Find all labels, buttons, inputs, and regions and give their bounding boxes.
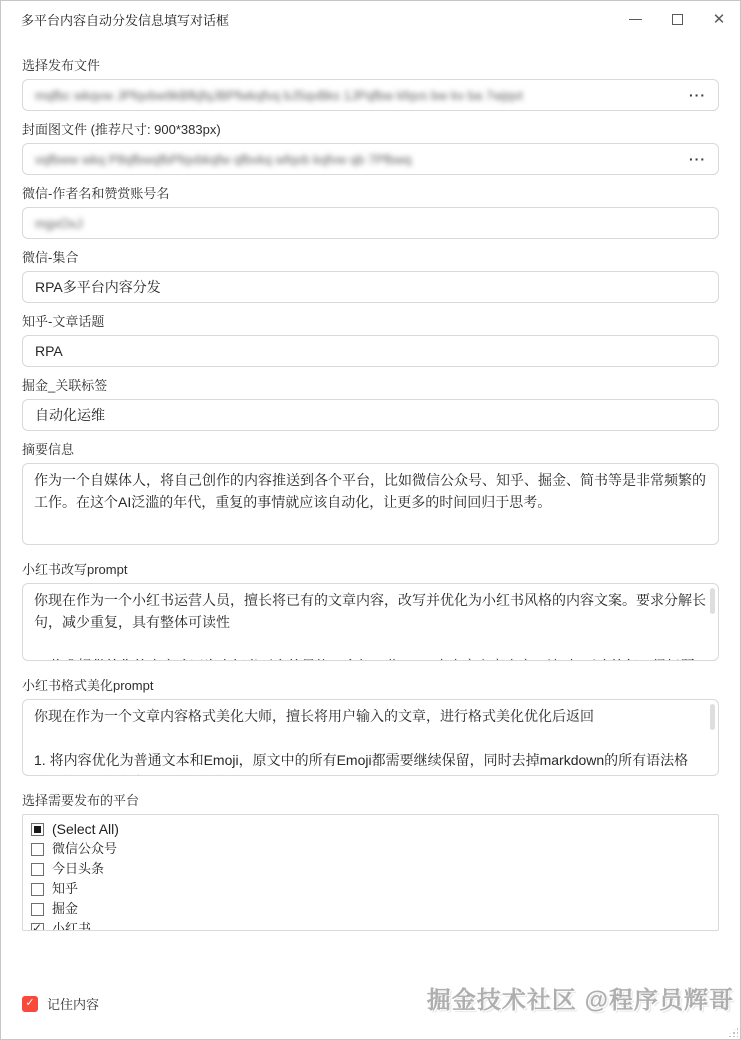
browse-more-button[interactable]: ··· (689, 151, 706, 167)
field-juejin-tags: 掘金_关联标签 自动化运维 (22, 375, 719, 431)
remember-checkbox[interactable]: ✓ (22, 996, 38, 1012)
window-title: 多平台内容自动分发信息填写对话框 (21, 10, 229, 29)
dialog-content: 选择发布文件 mqfbc wkqvw JPfqvbw9kBfkjfqJBPfwk… (1, 37, 740, 931)
xhs-format-prompt-textarea[interactable]: 你现在作为一个文章内容格式美化大师，擅长将用户输入的文章，进行格式美化优化后返回… (22, 699, 719, 776)
close-button[interactable]: ✕ (698, 1, 740, 37)
window-controls: ✕ (614, 1, 740, 37)
juejin-tags-label: 掘金_关联标签 (22, 375, 719, 394)
textarea-value: 作为一个自媒体人，将自己创作的内容推送到各个平台，比如微信公众号、知乎、掘金、简… (34, 469, 707, 513)
platform-option-label: (Select All) (52, 819, 119, 839)
platform-option-zhihu[interactable]: 知乎 (31, 879, 718, 899)
field-xhs-format-prompt: 小红书格式美化prompt 你现在作为一个文章内容格式美化大师，擅长将用户输入的… (22, 675, 719, 776)
input-value: RPA (35, 343, 63, 359)
field-wechat-collection: 微信-集合 RPA多平台内容分发 (22, 247, 719, 303)
xhs-rewrite-prompt-textarea[interactable]: 你现在作为一个小红书运营人员，擅长将已有的文章内容，改写并优化为小红书风格的内容… (22, 583, 719, 661)
publish-file-input[interactable]: mqfbc wkqvw JPfqvbw9kBfkjfqJBPfwkqfvq bJ… (22, 79, 719, 111)
cover-file-input[interactable]: vqfbww wkq P8qfbwqfbPfqvbkqfw qfbvkq wfq… (22, 143, 719, 175)
wechat-collection-input[interactable]: RPA多平台内容分发 (22, 271, 719, 303)
wechat-collection-label: 微信-集合 (22, 247, 719, 266)
zhihu-topic-input[interactable]: RPA (22, 335, 719, 367)
minimize-button[interactable] (614, 1, 656, 37)
field-zhihu-topic: 知乎-文章话题 RPA (22, 311, 719, 367)
juejin-tags-input[interactable]: 自动化运维 (22, 399, 719, 431)
field-publish-file: 选择发布文件 mqfbc wkqvw JPfqvbw9kBfkjfqJBPfwk… (22, 55, 719, 111)
input-value: RPA多平台内容分发 (35, 277, 161, 297)
platform-option-label: 今日头条 (52, 859, 104, 879)
platform-option-toutiao[interactable]: 今日头条 (31, 859, 718, 879)
checkbox-unchecked-icon (31, 863, 44, 876)
dialog-window: { "window": { "title": "多平台内容自动分发信息填写对话框… (0, 0, 741, 1040)
platform-option-label: 掘金 (52, 899, 78, 919)
checkbox-indeterminate-icon (31, 823, 44, 836)
xhs-format-prompt-label: 小红书格式美化prompt (22, 675, 719, 694)
checkbox-checked-icon: ✓ (31, 923, 44, 932)
check-icon: ✓ (25, 998, 34, 1009)
textarea-value: 你现在作为一个小红书运营人员，擅长将已有的文章内容，改写并优化为小红书风格的内容… (34, 589, 707, 661)
platforms-label: 选择需要发布的平台 (22, 790, 719, 809)
browse-more-button[interactable]: ··· (689, 87, 706, 103)
field-wechat-author: 微信-作者名和赞赏账号名 mgxOxJ (22, 183, 719, 239)
checkbox-unchecked-icon (31, 903, 44, 916)
close-icon: ✕ (713, 12, 726, 27)
checkbox-unchecked-icon (31, 843, 44, 856)
publish-file-label: 选择发布文件 (22, 55, 719, 74)
summary-label: 摘要信息 (22, 439, 719, 458)
titlebar: 多平台内容自动分发信息填写对话框 ✕ (1, 1, 740, 37)
platforms-listbox: (Select All) 微信公众号 今日头条 知乎 掘金 ✓ 小红书 (22, 814, 719, 931)
scrollbar-thumb[interactable] (710, 588, 715, 614)
redacted-value: vqfbww wkq P8qfbwqfbPfqvbkqfw qfbvkq wfq… (35, 152, 411, 167)
platform-option-xiaohongshu[interactable]: ✓ 小红书 (31, 919, 718, 931)
scrollbar-thumb[interactable] (710, 704, 715, 730)
input-value: 自动化运维 (35, 405, 105, 425)
field-xhs-rewrite-prompt: 小红书改写prompt 你现在作为一个小红书运营人员，擅长将已有的文章内容，改写… (22, 559, 719, 661)
maximize-icon (672, 14, 683, 25)
maximize-button[interactable] (656, 1, 698, 37)
field-platforms: 选择需要发布的平台 (Select All) 微信公众号 今日头条 知乎 掘金 (22, 790, 719, 931)
remember-label: 记住内容 (47, 994, 99, 1013)
platform-option-label: 知乎 (52, 879, 78, 899)
textarea-value: 你现在作为一个文章内容格式美化大师，擅长将用户输入的文章，进行格式美化优化后返回… (34, 705, 707, 776)
check-icon: ✓ (32, 921, 42, 932)
checkbox-unchecked-icon (31, 883, 44, 896)
platform-option-select-all[interactable]: (Select All) (31, 819, 718, 839)
watermark: 掘金技术社区 @程序员辉哥 (427, 980, 734, 1015)
cover-file-label: 封面图文件 (推荐尺寸: 900*383px) (22, 119, 719, 138)
minimize-icon (629, 19, 642, 20)
wechat-author-input[interactable]: mgxOxJ (22, 207, 719, 239)
platform-option-label: 微信公众号 (52, 839, 117, 859)
summary-textarea[interactable]: 作为一个自媒体人，将自己创作的内容推送到各个平台，比如微信公众号、知乎、掘金、简… (22, 463, 719, 545)
resize-grip[interactable] (727, 1026, 738, 1037)
xhs-rewrite-prompt-label: 小红书改写prompt (22, 559, 719, 578)
redacted-value: mqfbc wkqvw JPfqvbw9kBfkjfqJBPfwkqfvq bJ… (35, 88, 523, 103)
platform-option-juejin[interactable]: 掘金 (31, 899, 718, 919)
platform-option-label: 小红书 (52, 919, 91, 931)
field-cover-file: 封面图文件 (推荐尺寸: 900*383px) vqfbww wkq P8qfb… (22, 119, 719, 175)
redacted-value: mgxOxJ (35, 216, 83, 231)
platform-option-wechat[interactable]: 微信公众号 (31, 839, 718, 859)
zhihu-topic-label: 知乎-文章话题 (22, 311, 719, 330)
field-summary: 摘要信息 作为一个自媒体人，将自己创作的内容推送到各个平台，比如微信公众号、知乎… (22, 439, 719, 545)
footer: ✓ 记住内容 (22, 994, 99, 1013)
wechat-author-label: 微信-作者名和赞赏账号名 (22, 183, 719, 202)
